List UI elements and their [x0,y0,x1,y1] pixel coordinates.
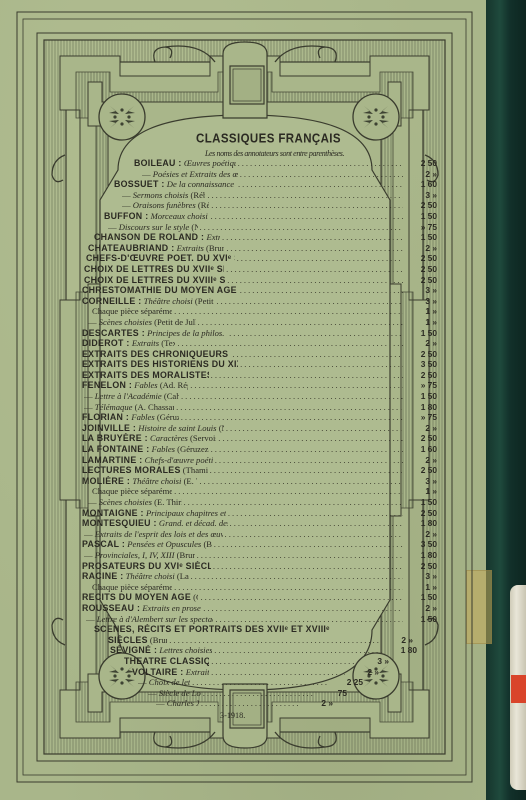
leader-dots: ........................................… [172,582,403,593]
entry-author: CHOIX DE LETTRES DU XVIIᵉ SIÈCLE [84,264,224,274]
catalogue-entry: — Extraits de l'esprit des lois et des œ… [82,529,437,540]
catalogue-entry: — Lettre à d'Alembert sur les spectacles… [82,614,437,625]
entry-author: — [122,190,133,200]
entry-work: Morceaux choisis [151,211,209,221]
entry-work: Choix de lettres [149,677,190,687]
entry-editor: (Cahen) [164,391,179,401]
entry-work: Extraits en prose [142,603,200,613]
entry-work: Extraits en prose [186,667,209,677]
catalogue-entry: BUFFON : Morceaux choisis (Nollet)......… [82,211,437,222]
entry-work: Siècle de Louis XIV [159,688,201,698]
entry-editor: (Brunschwicg) [203,539,211,549]
entry-author: BOILEAU : [134,158,182,168]
entry-price: 2 50 [403,264,437,275]
leader-dots: ........................................… [235,253,403,264]
entry-editor: (Servois et Rebelliau) [190,433,216,443]
entry-editor: (A. Chassang) [135,402,175,412]
entry-author: CHANSON DE ROLAND : [94,232,204,242]
entry-work: Lettres choisies [159,645,212,655]
catalogue-entry: Chaque pièce séparément.................… [82,582,437,593]
entry-text: — Télémaque (A. Chassang) [84,402,174,413]
entry-price: 2 » [403,423,437,434]
entry-work: Œuvres poétiques [184,158,236,168]
entry-author: — [148,688,159,698]
print-code: 3-1918. [220,711,437,720]
entry-author: RACINE : [82,571,124,581]
entry-price: 1 50 [403,391,437,402]
catalogue-entry: — Provinciales, I, IV, XIII (Brunetière)… [82,550,437,561]
entry-author: MONTESQUIEU : [82,518,157,528]
entry-editor: (Petit de Julleville) [154,317,195,327]
leader-dots: ........................................… [224,264,403,275]
entry-work: Scènes choisies [99,497,152,507]
entry-author: CHATEAUBRIAND : [88,243,174,253]
leader-dots: ........................................… [172,486,403,497]
leader-dots: ........................................… [208,211,403,222]
catalogue-entry: LA FONTAINE : Fables (Géruzez et Thirion… [82,444,437,455]
catalogue-entry: CHOIX DE LETTRES DU XVIIIᵉ SIÈCLE (Lanso… [82,275,437,286]
entry-price: 2 » [299,698,333,709]
entry-price: 1 60 [403,179,437,190]
entry-price: » 75 [403,412,437,423]
entry-text: — Scènes choisies (E. Thirion) [88,497,182,508]
entry-author: LECTURES MORALES [82,465,181,475]
leader-dots: ........................................… [201,688,313,699]
entry-text: LA BRUYÈRE : Caractères (Servois et Rebe… [82,433,216,444]
entry-work: Principaux chapitres et extraits [146,508,226,518]
entry-price: 1 80 [383,645,417,656]
entry-text: CHOIX DE LETTRES DU XVIIIᵉ SIÈCLE (Lanso… [84,275,225,286]
entry-text: SCENES, RÉCITS ET PORTRAITS DES XVIIᵉ ET… [94,624,330,635]
entry-price: 2 » [403,243,437,254]
entry-work: Scènes choisies [99,317,152,327]
entry-text: DESCARTES : Principes de la philos. 1ʳᵉ … [82,328,227,339]
catalogue-entry: LECTURES MORALES (Thamin et Lapie)......… [82,465,437,476]
entry-editor: (Rébelliau) [191,190,206,200]
entry-price: 3 50 [403,539,437,550]
entry-text: MONTESQUIEU : Grand. et décad. des Romai… [82,518,228,529]
entry-author: CHOIX DE LETTRES DU XVIIIᵉ SIÈCLE [84,275,225,285]
entry-work: Caractères [150,433,188,443]
entry-author: — [122,200,133,210]
entry-text: — Lettre à d'Alembert sur les spectacles… [86,614,213,625]
entry-text: Chaque pièce séparément [92,486,172,497]
entry-author: CORNEILLE : [82,296,142,306]
catalogue-entry: CHRESTOMATHIE DU MOYEN AGE (G. Paris et … [82,285,437,296]
entry-text: LAMARTINE : Chefs-d'œuvre poétiques (Wal… [82,455,213,466]
catalogue-entry: — Télémaque (A. Chassang)...............… [82,402,437,413]
catalogue-entry: — Choix de lettres (Brunel).............… [82,677,437,688]
catalogue-entry: THEATRE CLASSIQUE (Ad. Régnier).........… [82,656,437,667]
entry-text: — Choix de lettres (Brunel) [138,677,190,688]
entry-text: RACINE : Théâtre choisi (Lanson) [82,571,189,582]
catalogue-entry: CHEFS-D'ŒUVRE POET. DU XVIᵉ SIECLE (Leme… [82,253,437,264]
entry-price: 3 » [403,190,437,201]
entry-author: PROSATEURS DU XVIᵉ SIÈCLE [82,561,211,571]
catalogue-entry: RACINE : Théâtre choisi (Lanson)........… [82,571,437,582]
leader-dots: ........................................… [236,179,403,190]
catalogue-entry: CHOIX DE LETTRES DU XVIIᵉ SIÈCLE (Lanson… [82,264,437,275]
entry-work: Extraits de l'esprit des lois et des œuv… [95,529,223,539]
entry-price: 2 50 [403,370,437,381]
entry-text: CHEFS-D'ŒUVRE POET. DU XVIᵉ SIECLE (Leme… [86,253,235,264]
entry-editor: (E. Thirion) [184,476,198,486]
leader-dots: ........................................… [208,465,403,476]
entry-text: — Siècle de Louis XIV (Bourgeois) [148,688,201,699]
catalogue-title: CLASSIQUES FRANÇAIS [100,132,437,146]
leader-dots: ........................................… [238,169,403,180]
entry-work: Oraisons funèbres [133,200,196,210]
entry-work: Sermons choisis [133,190,189,200]
catalogue-entry: VOLTAIRE : Extraits en prose (Brunel)...… [82,667,437,678]
entry-author: — [142,169,153,179]
entry-text: BOSSUET : De la connaissance de Dieu (de… [114,179,236,190]
entry-author: — [108,222,119,232]
entry-author: RECITS DU MOYEN AGE [82,592,191,602]
entry-author: DESCARTES : [82,328,145,338]
entry-text: ROUSSEAU : Extraits en prose (Brunel) [82,603,201,614]
leader-dots: ........................................… [205,190,403,201]
entry-author: — [88,497,99,507]
leader-dots: ........................................… [209,370,403,381]
catalogue-entry: CORNEILLE : Théâtre choisi (Petit de Jul… [82,296,437,307]
entry-text: Chaque pièce séparément [92,582,172,593]
entry-author: FENELON : [82,380,132,390]
entry-work: Théâtre choisi [126,571,175,581]
leader-dots: ........................................… [238,285,403,296]
entry-text: CHATEAUBRIAND : Extraits (Brunetière et … [88,243,224,254]
entry-author: EXTRAITS DES MORALISTES [82,370,209,380]
entry-work: Discours sur le style [119,222,189,232]
catalogue-entry: MONTESQUIEU : Grand. et décad. des Romai… [82,518,437,529]
entry-author: — [84,402,95,412]
leader-dots: ........................................… [201,603,403,614]
entry-work: De la connaissance de Dieu [167,179,236,189]
catalogue-entry: FLORIAN : Fables (Géruzez)..............… [82,412,437,423]
catalogue-entry: — Scènes choisies (Petit de Julleville).… [82,317,437,328]
catalogue-entry: DIDEROT : Extraits (Texte)..............… [82,338,437,349]
entry-work: Lettre à d'Alembert sur les spectacles [97,614,214,624]
leader-dots: ........................................… [238,359,403,370]
entry-text: JOINVILLE : Histoire de saint Louis (Nat… [82,423,224,434]
entry-author: CHEFS-D'ŒUVRE POET. DU XVIᵉ SIECLE [86,253,235,263]
entry-text: — Poésies et Extraits des œuvres en pros… [142,169,238,180]
leader-dots: ........................................… [209,656,355,667]
catalogue-entry: — Oraisons funèbres (Rébelliau).........… [82,200,437,211]
entry-work: Histoire de saint Louis [138,423,216,433]
entry-price: 1 » [403,582,437,593]
entry-text: — Charles XII (A. Waddington) [156,698,199,709]
entry-work: Extraits [132,338,159,348]
entry-text: EXTRAITS DES HISTORIENS DU XIXᵉ SIÈCLE (… [82,359,238,370]
leader-dots: ........................................… [179,391,403,402]
leader-dots: ........................................… [236,158,403,169]
leader-dots: ........................................… [225,275,403,286]
catalogue-entry: PROSATEURS DU XVIᵉ SIÈCLE (Huguet)......… [82,561,437,572]
leader-dots: ........................................… [220,232,403,243]
entry-text: DIDEROT : Extraits (Texte) [82,338,175,349]
entry-author: LAMARTINE : [82,455,142,465]
catalogue-entry: BOSSUET : De la connaissance de Dieu (de… [82,179,437,190]
entry-author: — [156,698,167,708]
entry-text: — Scènes choisies (Petit de Julleville) [88,317,196,328]
leader-dots: ........................................… [190,677,329,688]
entry-price: 1 50 [403,592,437,603]
leader-dots: ........................................… [212,539,403,550]
entry-author: — [84,550,95,560]
entry-text: CHRESTOMATHIE DU MOYEN AGE (G. Paris et … [82,285,238,296]
entry-editor: (Texte) [161,338,175,348]
entry-text: — Lettre à l'Académie (Cahen) [84,391,179,402]
entry-author: ROUSSEAU : [82,603,140,613]
catalogue-entry: Chaque pièce séparément.................… [82,486,437,497]
entry-author: VOLTAIRE : [132,667,184,677]
entry-work: Charles XII [167,698,199,708]
entry-editor: (Petit de Julleville) [195,296,214,306]
leader-dots: ........................................… [230,349,403,360]
entry-price: 3 » [403,296,437,307]
catalogue-list: CLASSIQUES FRANÇAIS Les noms des annotat… [82,133,437,633]
entry-price: 2 » [403,455,437,466]
entry-editor: Chaque pièce séparément [92,306,172,316]
leader-dots: ........................................… [213,455,403,466]
entries-container: BOILEAU : Œuvres poétiques (Brunetière..… [82,158,437,709]
catalogue-entry: — Lettre à l'Académie (Cahen)...........… [82,391,437,402]
entry-price: 1 80 [403,402,437,413]
entry-text: SÉVIGNÉ : Lettres choisies (Ad. Régnier) [110,645,212,656]
entry-editor: (Brunetière) [177,550,195,560]
entry-price: 3 » [403,285,437,296]
leader-dots: ........................................… [216,433,403,444]
leader-dots: ........................................… [226,508,403,519]
entry-editor: (Thamin et Lapie) [183,465,208,475]
leader-dots: ........................................… [199,698,299,709]
leader-dots: ........................................… [213,614,403,625]
entry-author: FLORIAN : [82,412,129,422]
entry-price: 1 » [403,486,437,497]
entry-work: Fables [134,380,157,390]
entry-editor: (Ad. Régnier) [160,380,188,390]
entry-author: MOLIÈRE : [82,476,130,486]
catalogue-entry: SIÈCLES (Brunel)........................… [82,635,437,646]
entry-work: Fables [152,444,175,454]
entry-work: Lettre à l'Académie [95,391,162,401]
entry-price: 2 50 [403,200,437,211]
entry-editor: (Brunel) [150,635,167,645]
entry-text: — Sermons choisis (Rébelliau) [122,190,205,201]
entry-price: » 75 [403,222,437,233]
catalogue-entry: CHATEAUBRIAND : Extraits (Brunetière et … [82,243,437,254]
entry-work: Poésies et Extraits des œuvres en prose. [153,169,238,179]
leader-dots: ........................................… [182,497,403,508]
entry-text: — Extraits de l'esprit des lois et des œ… [84,529,223,540]
entry-text: RECITS DU MOYEN AGE (G. Paris) [82,592,198,603]
entry-text: — Provinciales, I, IV, XIII (Brunetière) [84,550,195,561]
entry-text: MOLIÈRE : Théâtre choisi (E. Thirion) [82,476,197,487]
catalogue-entry: Chaque pièce séparément.................… [82,306,437,317]
entry-price: 2 » [379,635,413,646]
entry-author: SÉVIGNÉ : [110,645,157,655]
leader-dots: ........................................… [224,423,403,434]
catalogue-entry: JOINVILLE : Histoire de saint Louis (Nat… [82,423,437,434]
entry-text: CHOIX DE LETTRES DU XVIIᵉ SIÈCLE (Lanson… [84,264,224,275]
leader-dots: ........................................… [188,380,403,391]
entry-price: 2 50 [403,253,437,264]
entry-price: 1 50 [403,614,437,625]
entry-text: SIÈCLES (Brunel) [108,635,167,646]
entry-author: — [86,614,97,624]
entry-editor: (Lanson) [177,571,189,581]
entry-work: Extraits [177,243,204,253]
entry-text: PASCAL : Pensées et Opuscules (Brunschwi… [82,539,212,550]
catalogue-entry: LA BRUYÈRE : Caractères (Servois et Rebe… [82,433,437,444]
catalogue-entry: LAMARTINE : Chefs-d'œuvre poétiques (Wal… [82,455,437,466]
entry-price: 1 50 [403,328,437,339]
entry-author: DIDEROT : [82,338,130,348]
catalogue-entry: ROUSSEAU : Extraits en prose (Brunel)...… [82,603,437,614]
leader-dots: ........................................… [172,306,403,317]
entry-author: SCENES, RÉCITS ET PORTRAITS DES XVIIᵉ ET… [94,624,330,634]
catalogue-entry: SCENES, RÉCITS ET PORTRAITS DES XVIIᵉ ET… [82,624,437,635]
entry-work: Pensées et Opuscules [127,539,201,549]
entry-author: EXTRAITS DES HISTORIENS DU XIXᵉ SIÈCLE [82,359,238,369]
catalogue-entry: CHANSON DE ROLAND : Extraits (G. Paris).… [82,232,437,243]
catalogue-entry: DESCARTES : Principes de la philos. 1ʳᵉ … [82,328,437,339]
entry-author: THEATRE CLASSIQUE [124,656,209,666]
entry-work: Théâtre choisi [132,476,181,486]
entry-text: Chaque pièce séparément [92,306,172,317]
catalogue-entry: PASCAL : Pensées et Opuscules (Brunschwi… [82,539,437,550]
entry-author: CHRESTOMATHIE DU MOYEN AGE [82,285,237,295]
leader-dots: ........................................… [198,592,403,603]
entry-price: 1 80 [403,518,437,529]
leader-dots: ........................................… [197,476,403,487]
entry-price: 2 50 [403,158,437,169]
entry-text: — Oraisons funèbres (Rébelliau) [122,200,209,211]
leader-dots: ........................................… [212,645,383,656]
leader-dots: ........................................… [209,444,403,455]
entry-work: Principes de la philos. 1ʳᵉ p. [147,328,227,338]
entry-price: 2 25 [329,677,363,688]
entry-author: BOSSUET : [114,179,165,189]
entry-editor: (Brunetière et Giraud) [206,243,224,253]
catalogue-entry: EXTRAITS DES CHRONIQUEURS (G. Paris et J… [82,349,437,360]
entry-author: BUFFON : [104,211,148,221]
entry-text: FENELON : Fables (Ad. Régnier) [82,380,188,391]
leader-dots: ........................................… [209,200,403,211]
entry-author: JOINVILLE : [82,423,136,433]
entry-price: 1 60 [403,444,437,455]
entry-price: 2 50 [403,275,437,286]
leader-dots: ........................................… [214,296,403,307]
red-bookmark-stripe [511,675,526,703]
entry-author: LA FONTAINE : [82,444,149,454]
entry-editor: Chaque pièce séparément [92,582,172,592]
entry-price: 2 » [403,338,437,349]
entry-editor: (Géruzez) [157,412,179,422]
catalogue-entry: — Discours sur le style (Nollet)........… [82,222,437,233]
entry-text: BOILEAU : Œuvres poétiques (Brunetière. [134,158,236,169]
entry-price: 75 [313,688,347,699]
entry-author: SIÈCLES [108,635,148,645]
entry-work: Théâtre choisi [144,296,193,306]
entry-price: 2 50 [403,349,437,360]
leader-dots: ........................................… [189,571,404,582]
leader-dots: ........................................… [195,550,403,561]
catalogue-entry: RECITS DU MOYEN AGE (G. Paris)..........… [82,592,437,603]
entry-text: VOLTAIRE : Extraits en prose (Brunel). [132,667,209,678]
entry-price: 2 50 [403,433,437,444]
entry-price: 3 » [403,476,437,487]
catalogue-entry: EXTRAITS DES HISTORIENS DU XIXᵉ SIÈCLE (… [82,359,437,370]
entry-author: LA BRUYÈRE : [82,433,148,443]
leader-dots: ........................................… [223,529,403,540]
catalogue-entry: — Charles XII (A. Waddington)...........… [82,698,437,709]
catalogue-entry: SÉVIGNÉ : Lettres choisies (Ad. Régnier)… [82,645,437,656]
entry-text: FLORIAN : Fables (Géruzez) [82,412,179,423]
entry-text: THEATRE CLASSIQUE (Ad. Régnier) [124,656,209,667]
entry-work: Grand. et décad. des Romains [159,518,228,528]
entry-text: — Discours sur le style (Nollet) [108,222,198,233]
entry-text: EXTRAITS DES MORALISTES (Thamin) [82,370,209,381]
entry-price: 1 » [403,317,437,328]
entry-author: — [84,391,95,401]
leader-dots: ........................................… [175,338,403,349]
catalogue-entry: MONTAIGNE : Principaux chapitres et extr… [82,508,437,519]
entry-text: PROSATEURS DU XVIᵉ SIÈCLE (Huguet) [82,561,211,572]
entry-text: EXTRAITS DES CHRONIQUEURS (G. Paris et J… [82,349,230,360]
leader-dots: ........................................… [196,317,403,328]
entry-work: Extraits [206,232,220,242]
entry-text: CHANSON DE ROLAND : Extraits (G. Paris) [94,232,220,243]
catalogue-entry: EXTRAITS DES MORALISTES (Thamin)........… [82,370,437,381]
entry-price: 3 » [355,656,389,667]
catalogue-entry: FENELON : Fables (Ad. Régnier)..........… [82,380,437,391]
entry-price: 1 » [403,306,437,317]
entry-text: LA FONTAINE : Fables (Géruzez et Thirion… [82,444,209,455]
entry-price: 3 50 [403,359,437,370]
entry-work: Chefs-d'œuvre poétiques [145,455,213,465]
entry-price: 2 » [403,603,437,614]
entry-price: 2 50 [403,508,437,519]
catalogue-entry: — Poésies et Extraits des œuvres en pros… [82,169,437,180]
entry-price: 1 50 [403,232,437,243]
entry-text: LECTURES MORALES (Thamin et Lapie) [82,465,208,476]
entry-author: PASCAL : [82,539,125,549]
entry-price: 2 » [403,169,437,180]
leader-dots: ........................................… [211,561,403,572]
leader-dots: ........................................… [227,328,403,339]
entry-price: 1 50 [403,497,437,508]
leader-dots: ........................................… [167,635,379,646]
entry-editor: (E. Thirion) [154,497,181,507]
catalogue-entry: BOILEAU : Œuvres poétiques (Brunetière..… [82,158,437,169]
entry-author: — [88,317,99,327]
entry-price: 1 80 [403,550,437,561]
catalogue-entry: — Scènes choisies (E. Thirion)..........… [82,497,437,508]
entry-price: » 75 [403,380,437,391]
leader-dots: ........................................… [228,518,403,529]
leader-dots: ........................................… [209,667,345,678]
catalogue-entry: — Sermons choisis (Rébelliau)...........… [82,190,437,201]
entry-price: 3 » [403,571,437,582]
entry-text: BUFFON : Morceaux choisis (Nollet) [104,211,208,222]
leader-dots: ........................................… [224,243,403,254]
leader-dots: ........................................… [174,402,403,413]
entry-editor: (Rébelliau) [198,200,209,210]
entry-author: — [138,677,149,687]
entry-text: CORNEILLE : Théâtre choisi (Petit de Jul… [82,296,214,307]
